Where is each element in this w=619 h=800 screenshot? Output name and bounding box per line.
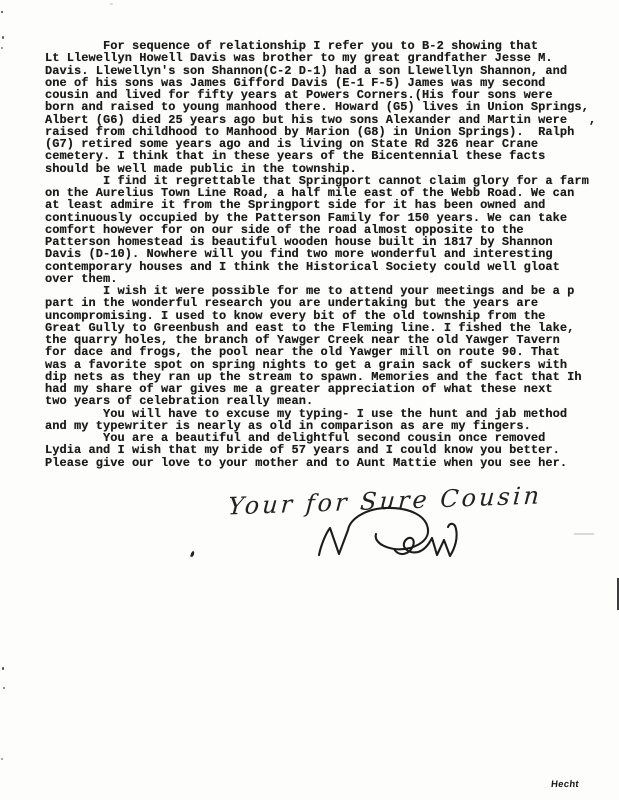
scan-artifact-dash (574, 533, 594, 535)
scan-speck (1, 758, 3, 760)
scan-speck (1, 11, 3, 13)
handwritten-annotation: Hecht (550, 779, 579, 790)
scan-speck (2, 36, 4, 39)
handwritten-signature-scrawl (313, 505, 478, 563)
scan-speck (3, 687, 5, 689)
stray-ink-mark (190, 551, 195, 558)
letter-body-text: For sequence of relationship I refer you… (45, 40, 596, 469)
scan-speck (110, 3, 113, 5)
letter-page: For sequence of relationship I refer you… (0, 0, 619, 800)
scan-speck (1, 47, 3, 49)
scan-speck (2, 667, 4, 670)
